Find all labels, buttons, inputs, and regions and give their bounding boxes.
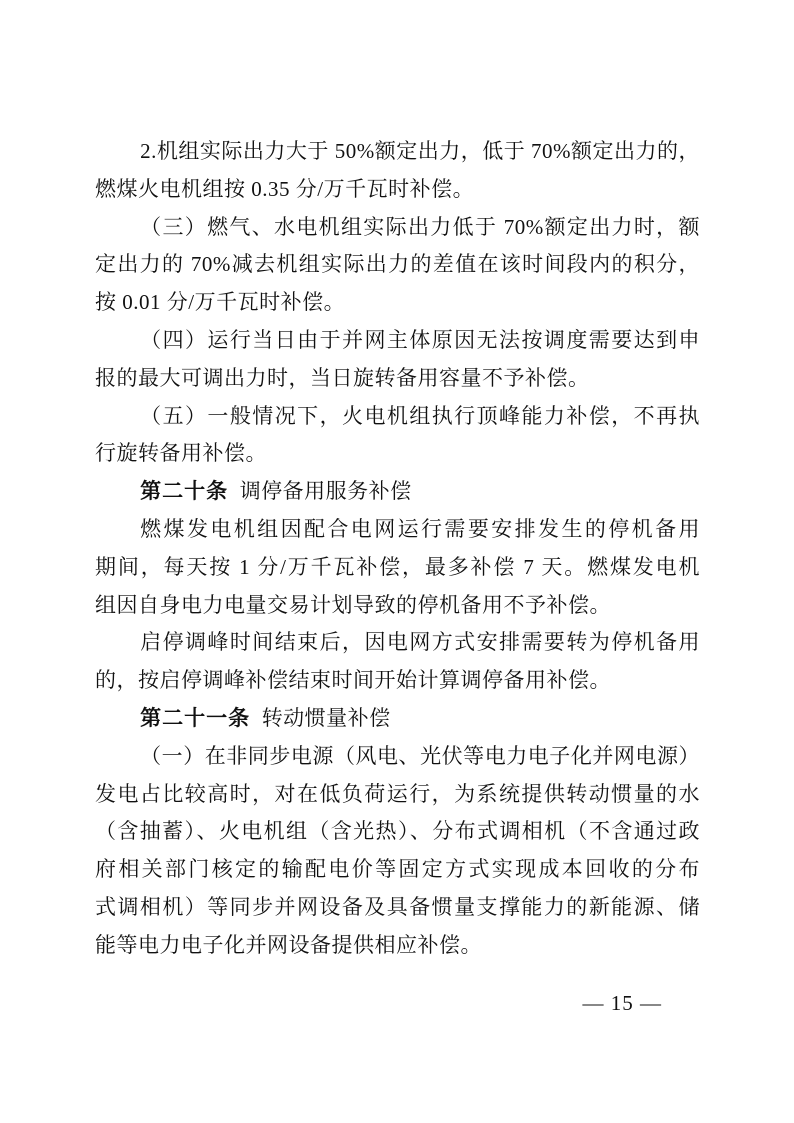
- body-text-line: （含抽蓄）、火电机组（含光热）、分布式调相机（不含通过政: [95, 813, 700, 851]
- page-number: — 15 —: [583, 991, 663, 1016]
- body-text-line: 组因自身电力电量交易计划导致的停机备用不予补偿。: [95, 587, 700, 625]
- section-title: 调停备用服务补偿: [240, 479, 412, 503]
- body-text-line: 2.机组实际出力大于 50%额定出力，低于 70%额定出力的，: [95, 133, 700, 171]
- document-body: 2.机组实际出力大于 50%额定出力，低于 70%额定出力的，燃煤火电机组按 0…: [95, 133, 700, 965]
- body-text-line: （一）在非同步电源（风电、光伏等电力电子化并网电源）: [95, 738, 700, 776]
- body-text-line: 发电占比较高时，对在低负荷运行，为系统提供转动惯量的水: [95, 776, 700, 814]
- section-heading: 第二十一条转动惯量补偿: [95, 700, 700, 738]
- section-number: 第二十条: [140, 480, 228, 503]
- body-text-line: 燃煤发电机组因配合电网运行需要安排发生的停机备用: [95, 511, 700, 549]
- body-text-line: 启停调峰时间结束后，因电网方式安排需要转为停机备用: [95, 624, 700, 662]
- body-text-line: 定出力的 70%减去机组实际出力的差值在该时间段内的积分，: [95, 246, 700, 284]
- body-text-line: 式调相机）等同步并网设备及具备惯量支撑能力的新能源、储: [95, 889, 700, 927]
- section-title: 转动惯量补偿: [262, 706, 391, 730]
- body-text-line: 的，按启停调峰补偿结束时间开始计算调停备用补偿。: [95, 662, 700, 700]
- body-text-line: 燃煤火电机组按 0.35 分/万千瓦时补偿。: [95, 171, 700, 209]
- body-text-line: 能等电力电子化并网设备提供相应补偿。: [95, 927, 700, 965]
- body-text-line: 报的最大可调出力时，当日旋转备用容量不予补偿。: [95, 360, 700, 398]
- body-text-line: 行旋转备用补偿。: [95, 435, 700, 473]
- section-heading: 第二十条调停备用服务补偿: [95, 473, 700, 511]
- document-page: 2.机组实际出力大于 50%额定出力，低于 70%额定出力的，燃煤火电机组按 0…: [0, 0, 794, 1123]
- section-number: 第二十一条: [140, 707, 250, 730]
- body-text-line: 期间，每天按 1 分/万千瓦补偿，最多补偿 7 天。燃煤发电机: [95, 549, 700, 587]
- body-text-line: 按 0.01 分/万千瓦时补偿。: [95, 284, 700, 322]
- body-text-line: 府相关部门核定的输配电价等固定方式实现成本回收的分布: [95, 851, 700, 889]
- body-text-line: （三）燃气、水电机组实际出力低于 70%额定出力时，额: [95, 209, 700, 247]
- body-text-line: （四）运行当日由于并网主体原因无法按调度需要达到申: [95, 322, 700, 360]
- body-text-line: （五）一般情况下，火电机组执行顶峰能力补偿，不再执: [95, 398, 700, 436]
